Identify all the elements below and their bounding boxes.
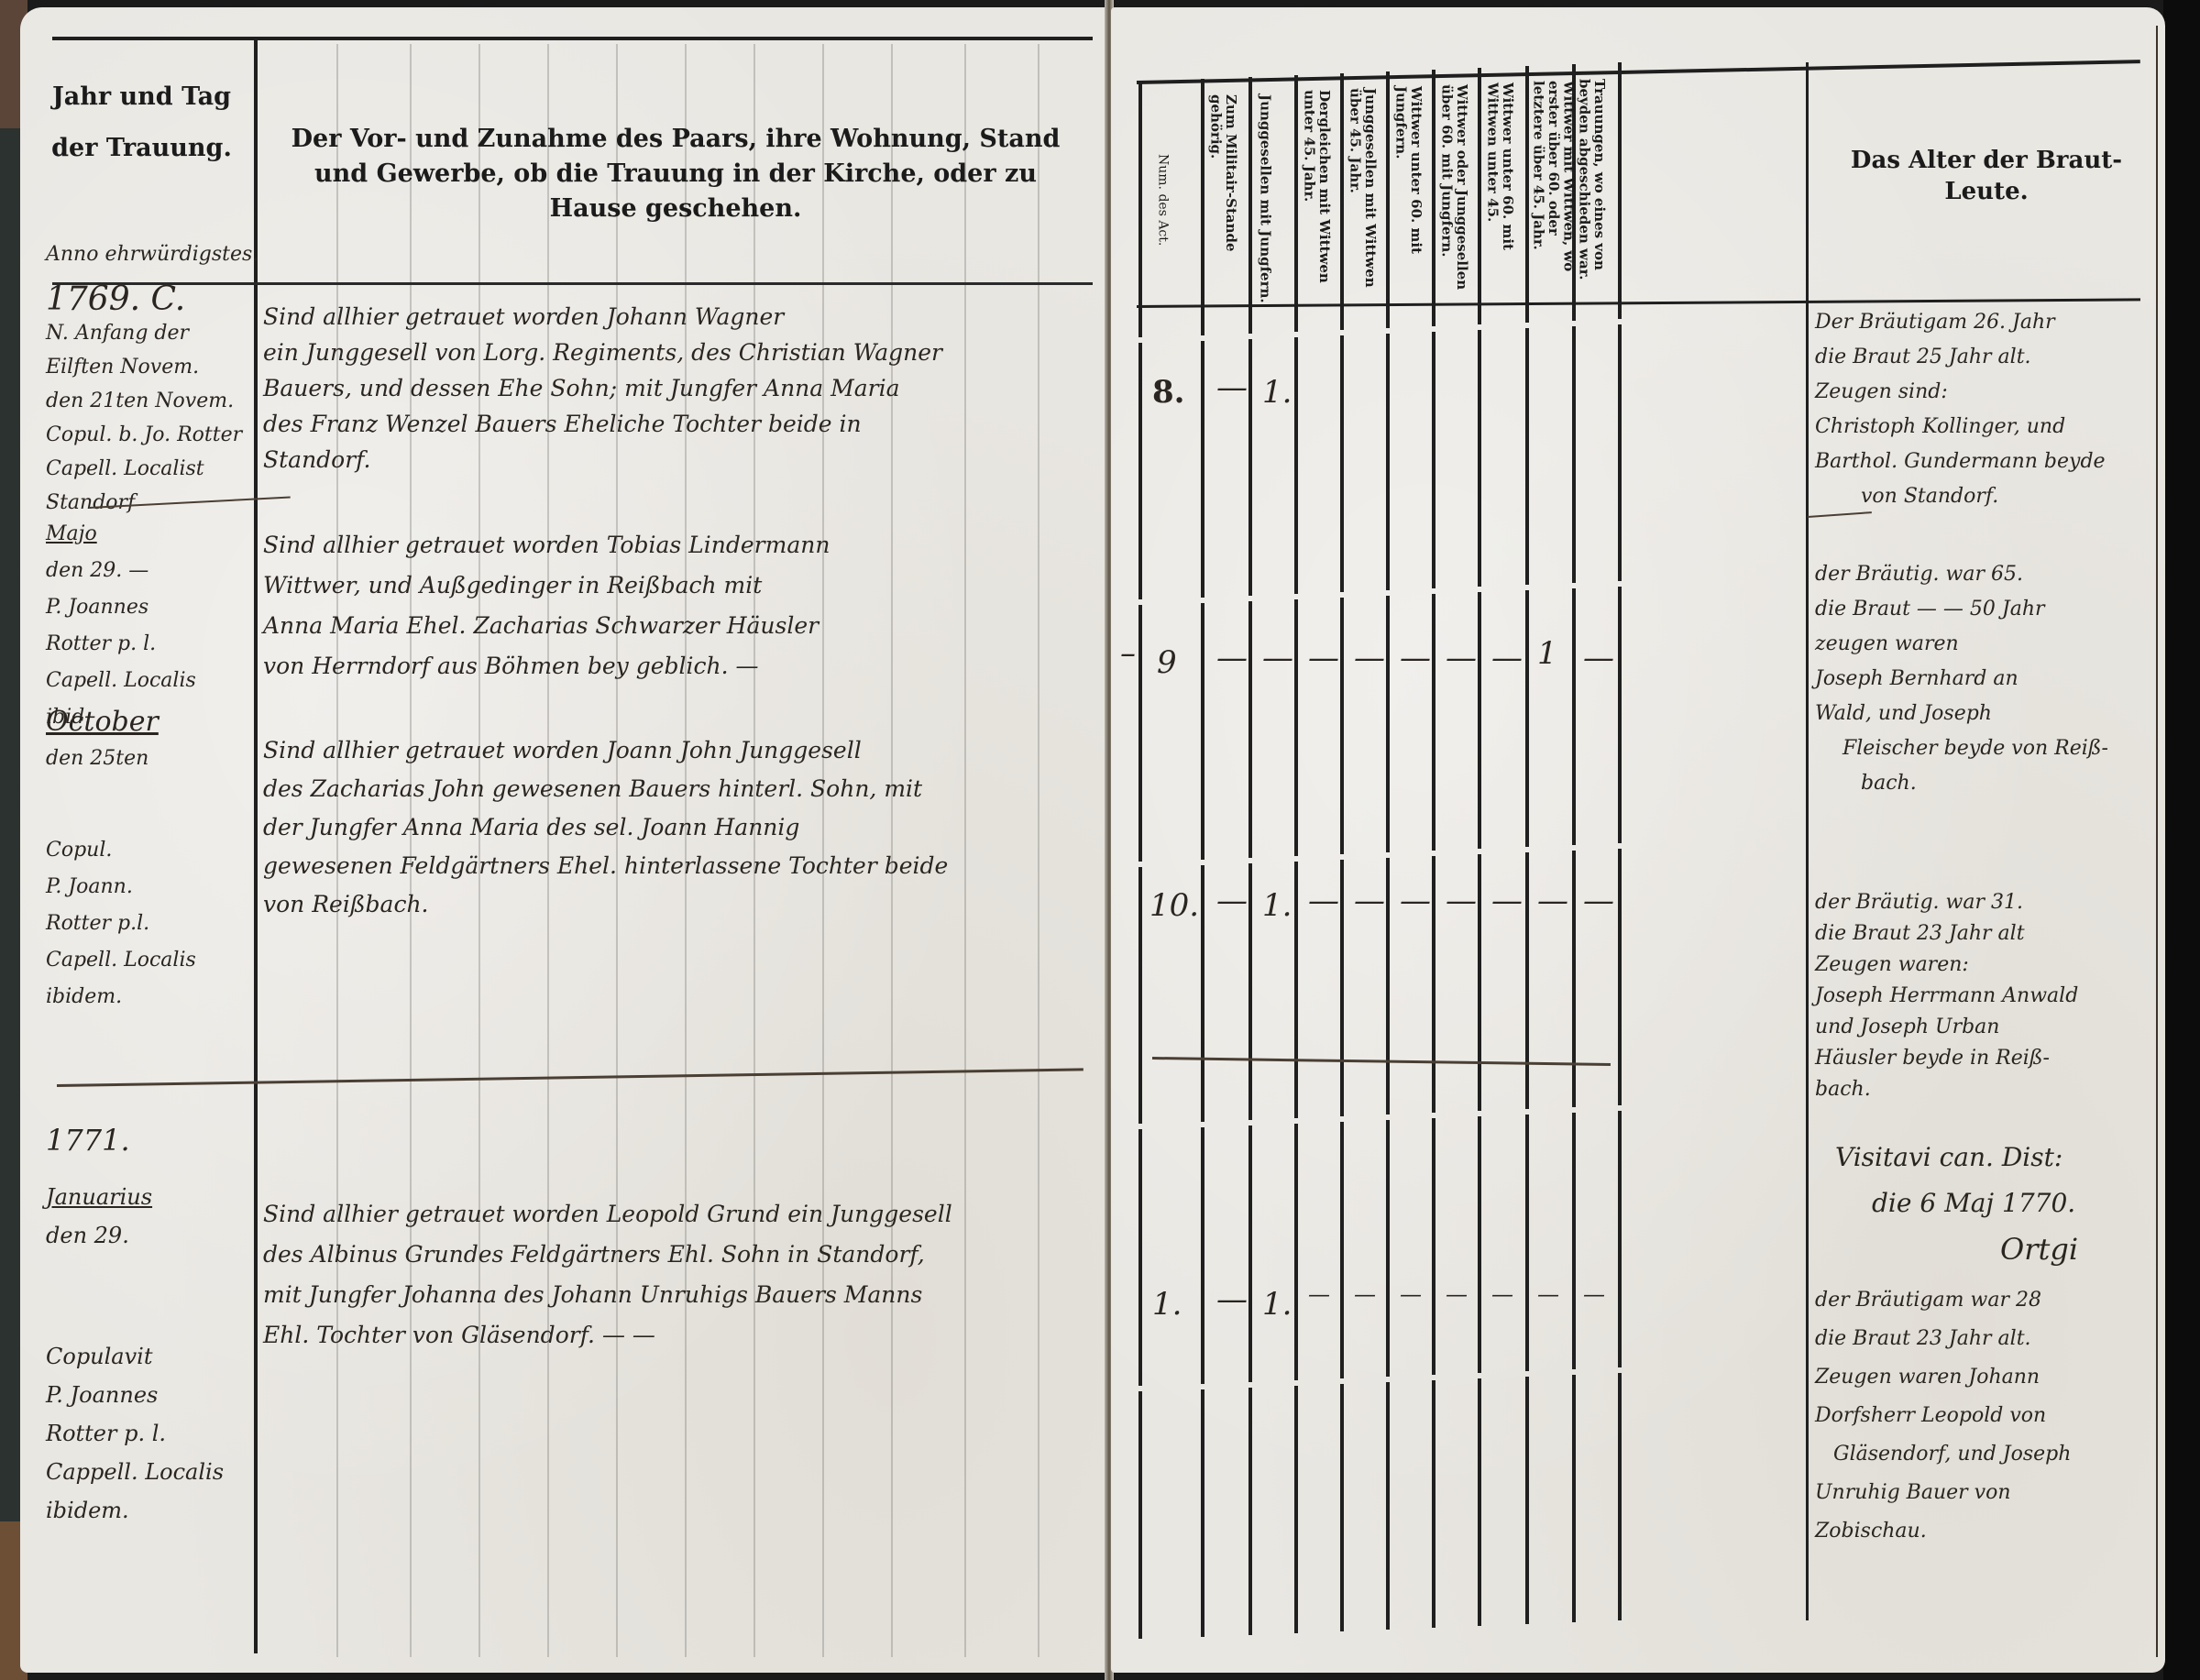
tally-mark: —	[1583, 883, 1614, 919]
entry-text-line: des Albinus Grundes Feldgärtners Ehl. So…	[263, 1235, 1093, 1275]
tally-mark: 1.	[1262, 887, 1292, 924]
entry-date-line: P. Joann.	[46, 869, 257, 906]
entry-date-line: Rotter p.l.	[46, 906, 257, 942]
tally-row-2: – 9 — — — — — — — 1 —	[1138, 644, 1652, 699]
ages-line: der Bräutig. war 65.	[1815, 557, 2154, 592]
entry-1-text: Sind allhier getrauet worden Johann Wagn…	[263, 299, 1093, 478]
header-divorced: Trauungen, wo eines von beyden abgeschie…	[1577, 79, 1607, 290]
column-rule	[1340, 73, 1344, 1631]
ages-line: Zeugen waren Johann	[1815, 1358, 2154, 1397]
column-rule	[1525, 66, 1529, 1624]
tally-row-1: 8. — 1.	[1138, 374, 1624, 429]
tally-mark: —	[1400, 1281, 1422, 1307]
entry-2-text: Sind allhier getrauet worden Tobias Lind…	[263, 525, 1093, 686]
tally-mark: —	[1400, 640, 1431, 676]
entry-date-line: October	[46, 704, 257, 741]
column-rule	[1248, 77, 1252, 1635]
entry-date-line: den 29. —	[46, 553, 257, 589]
ages-line: Der Bräutigam 26. Jahr	[1815, 305, 2154, 340]
tally-mark: —	[1446, 883, 1477, 919]
tally-mark: —	[1216, 1281, 1248, 1318]
entry-text-line: Anna Maria Ehel. Zacharias Schwarzer Häu…	[263, 606, 1093, 646]
ages-line: Joseph Bernhard an	[1815, 662, 2154, 697]
tally-mark: —	[1308, 883, 1339, 919]
header-same-widows-under-45: Dergleichen mit Wittwen unter 45. Jahr.	[1302, 90, 1332, 301]
entry-date-line: Cappell. Localis	[46, 1453, 257, 1491]
column-rule	[1478, 68, 1481, 1626]
entry-3-text: Sind allhier getrauet worden Joann John …	[263, 731, 1093, 924]
header-widowers-widows-over-60: Wittwer mit Wittwen, wo erster über 60. …	[1531, 81, 1577, 291]
ages-line: zeugen waren	[1815, 627, 2154, 662]
ages-line: Zeugen waren:	[1815, 950, 2154, 981]
visitation-line: die 6 Maj 1770.	[1707, 1180, 2128, 1226]
entry-text-line: Wittwer, und Außgedinger in Reißbach mit	[263, 565, 1093, 606]
tally-mark: —	[1491, 640, 1523, 676]
entry-date-line: Copul.	[46, 832, 257, 869]
ages-entry-2: der Bräutig. war 65. die Braut — — 50 Ja…	[1815, 557, 2154, 801]
tally-mark: —	[1537, 1281, 1559, 1307]
page-edge-line	[2156, 26, 2158, 1657]
entry-date-line: Capell. Localist Standorf	[46, 452, 257, 520]
visitation-line: Visitavi can. Dist:	[1707, 1135, 2128, 1180]
ages-line: bach.	[1815, 1074, 2154, 1105]
entry-text-line: des Franz Wenzel Bauers Eheliche Tochter…	[263, 406, 1093, 442]
entry-text-line: gewesenen Feldgärtners Ehel. hinterlasse…	[263, 847, 1093, 885]
tally-row-3: 10. — 1. — — — — — — —	[1138, 887, 1652, 942]
ages-line: Gläsendorf, und Joseph	[1815, 1435, 2154, 1474]
entry-date-line: Eilften Novem.	[46, 350, 257, 384]
column-rule	[1138, 81, 1142, 1639]
act-number: 1.	[1152, 1286, 1182, 1323]
header-num-act: Num. des Act.	[1155, 154, 1169, 291]
ages-line: Dorfsherr Leopold von	[1815, 1397, 2154, 1435]
tally-mark: —	[1537, 883, 1568, 919]
ages-line: bach.	[1815, 766, 2154, 801]
entry-date-line: Januarius	[46, 1178, 257, 1216]
ages-line: der Bräutigam war 28	[1815, 1281, 2154, 1320]
tally-mark: 1.	[1262, 374, 1292, 411]
tally-mark: —	[1262, 640, 1293, 676]
tally-mark: —	[1400, 883, 1431, 919]
entry-date-line: den 29.	[46, 1216, 257, 1255]
entry-date-line: 1769. C.	[46, 282, 257, 316]
ages-entry-4: der Bräutigam war 28 die Braut 23 Jahr a…	[1815, 1281, 2154, 1551]
ages-line: Joseph Herrmann Anwald	[1815, 981, 2154, 1012]
header-bachelors-virgins: Junggesellen mit Jungfern.	[1258, 94, 1273, 305]
tally-mark: —	[1446, 640, 1477, 676]
ages-line: der Bräutig. war 31.	[1815, 887, 2154, 918]
book-edge-right	[2163, 0, 2200, 1680]
tally-mark: —	[1491, 883, 1523, 919]
entry-3-date: October den 25ten Copul. P. Joann. Rotte…	[46, 704, 257, 1016]
entry-date-line: Majo	[46, 516, 257, 553]
entry-date-line: P. Joannes	[46, 1376, 257, 1414]
header-widowers-or-bachelors-over-60: Wittwer oder Junggesellen über 60. mit J…	[1439, 84, 1469, 295]
header-widowers-under-60-widows-under-45: Wittwer unter 60. mit Wittwen unter 45.	[1485, 82, 1515, 293]
tally-mark: —	[1583, 1281, 1605, 1307]
tally-mark: —	[1354, 640, 1385, 676]
entry-text-line: des Zacharias John gewesenen Bauers hint…	[263, 770, 1093, 808]
entry-text-line: Sind allhier getrauet worden Johann Wagn…	[263, 299, 1093, 335]
year-separator	[57, 1068, 1083, 1087]
act-number: 8.	[1152, 374, 1185, 411]
entry-date-line: N. Anfang der	[46, 316, 257, 350]
ages-line: Unruhig Bauer von	[1815, 1474, 2154, 1512]
entry-date-line: P. Joannes	[46, 589, 257, 626]
header-bachelors-widows-over-45: Junggesellen mit Wittwen über 45. Jahr.	[1347, 88, 1378, 299]
header-widowers-under-60-virgins: Wittwer unter 60. mit Jungfern.	[1393, 86, 1424, 297]
header-ages: Das Alter der Braut-Leute.	[1835, 145, 2138, 207]
visitation-signature: Ortgi	[1707, 1226, 2128, 1272]
header-military: Zum Militair-Stande gehörig.	[1208, 94, 1238, 305]
entry-date-line: Rotter p. l.	[46, 626, 257, 663]
ages-line: Zobischau.	[1815, 1512, 2154, 1551]
ages-line: die Braut — — 50 Jahr	[1815, 592, 2154, 627]
entry-text-line: Bauers, und dessen Ehe Sohn; mit Jungfer…	[263, 370, 1093, 406]
entry-2-date: Majo den 29. — P. Joannes Rotter p. l. C…	[46, 516, 257, 736]
ages-line: von Standorf.	[1815, 479, 2154, 514]
ages-line: und Joseph Urban	[1815, 1012, 2154, 1043]
right-page: Num. des Act. Zum Militair-Stande gehöri…	[1111, 7, 2165, 1673]
column-rule	[1201, 79, 1204, 1637]
tally-mark: —	[1216, 883, 1248, 919]
tally-mark: 1	[1537, 635, 1557, 672]
entry-text-line: Standorf.	[263, 442, 1093, 478]
entry-text-line: der Jungfer Anna Maria des sel. Joann Ha…	[263, 808, 1093, 847]
entry-text-line: von Reißbach.	[263, 885, 1093, 924]
ages-line: Häusler beyde in Reiß-	[1815, 1043, 2154, 1074]
entry-date-line: Copulavit	[46, 1337, 257, 1376]
tally-row-4: 1. — 1. — — — — — — —	[1138, 1286, 1652, 1341]
entry-date-line: Capell. Localis	[46, 942, 257, 979]
entry-text-line: von Herrndorf aus Böhmen bey geblich. —	[263, 646, 1093, 686]
tally-mark: —	[1354, 1281, 1376, 1307]
ages-line: Zeugen sind:	[1815, 375, 2154, 410]
ages-line: die Braut 23 Jahr alt	[1815, 918, 2154, 950]
ages-line: Wald, und Joseph	[1815, 697, 2154, 731]
ages-line: Fleischer beyde von Reiß-	[1815, 731, 2154, 766]
tally-mark: —	[1308, 640, 1339, 676]
tally-mark: —	[1216, 369, 1248, 406]
act-number: 10.	[1149, 887, 1199, 924]
entry-4-text: Sind allhier getrauet worden Leopold Gru…	[263, 1194, 1093, 1356]
tally-mark: —	[1491, 1281, 1513, 1307]
column-rule	[1294, 75, 1298, 1633]
entry-date-line: Capell. Localis	[46, 663, 257, 699]
tally-mark: 1.	[1262, 1286, 1292, 1323]
header-names-column: Der Vor- und Zunahme des Paars, ihre Woh…	[268, 122, 1083, 226]
tally-mark: –	[1120, 635, 1136, 672]
entry-date-line: Rotter p. l.	[46, 1414, 257, 1453]
ages-line: die Braut 23 Jahr alt.	[1815, 1320, 2154, 1358]
entry-date-line: Copul. b. Jo. Rotter	[46, 418, 257, 452]
entry-text-line: mit Jungfer Johanna des Johann Unruhigs …	[263, 1275, 1093, 1315]
header-date-column: Jahr und Tag der Trauung.	[38, 71, 245, 174]
entry-date-line: ibidem.	[46, 979, 257, 1016]
column-rule	[1618, 62, 1622, 1620]
header-top-rule	[1137, 60, 2140, 84]
entry-4-date: 1771. Januarius den 29. Copulavit P. Joa…	[46, 1121, 257, 1530]
ages-entry-1: Der Bräutigam 26. Jahr die Braut 25 Jahr…	[1815, 305, 2154, 514]
act-number: 9	[1157, 644, 1177, 681]
tally-mark: —	[1216, 640, 1248, 676]
ages-line: die Braut 25 Jahr alt.	[1815, 340, 2154, 375]
entry-text-line: Sind allhier getrauet worden Tobias Lind…	[263, 525, 1093, 565]
visitation-note: Visitavi can. Dist: die 6 Maj 1770. Ortg…	[1707, 1135, 2128, 1272]
year-separator	[1152, 1057, 1611, 1066]
ages-line: Christoph Kollinger, und	[1815, 410, 2154, 445]
entry-date-line: ibidem.	[46, 1491, 257, 1530]
tally-mark: —	[1583, 640, 1614, 676]
ages-line: Barthol. Gundermann beyde	[1815, 445, 2154, 479]
header-top-rule	[52, 37, 1093, 40]
column-rule	[1572, 64, 1576, 1622]
entry-text-line: ein Junggesell von Lorg. Regiments, des …	[263, 335, 1093, 370]
entry-text-line: Sind allhier getrauet worden Leopold Gru…	[263, 1194, 1093, 1235]
left-page: Jahr und Tag der Trauung. Der Vor- und Z…	[20, 7, 1109, 1673]
ages-column-rule	[1806, 62, 1809, 1620]
section-note: Anno ehrwürdigstes.	[46, 236, 258, 273]
tally-mark: —	[1308, 1281, 1330, 1307]
ages-entry-3: der Bräutig. war 31. die Braut 23 Jahr a…	[1815, 887, 2154, 1105]
tally-mark: —	[1354, 883, 1385, 919]
entry-1-date: 1769. C. N. Anfang der Eilften Novem. de…	[46, 282, 257, 520]
entry-date-line: den 25ten	[46, 741, 257, 777]
entry-date-line: den 21ten Novem.	[46, 384, 257, 418]
entry-text-line: Ehl. Tochter von Gläsendorf. — —	[263, 1315, 1093, 1356]
tally-mark: —	[1446, 1281, 1468, 1307]
entry-date-line: 1771.	[46, 1121, 257, 1159]
entry-text-line: Sind allhier getrauet worden Joann John …	[263, 731, 1093, 770]
